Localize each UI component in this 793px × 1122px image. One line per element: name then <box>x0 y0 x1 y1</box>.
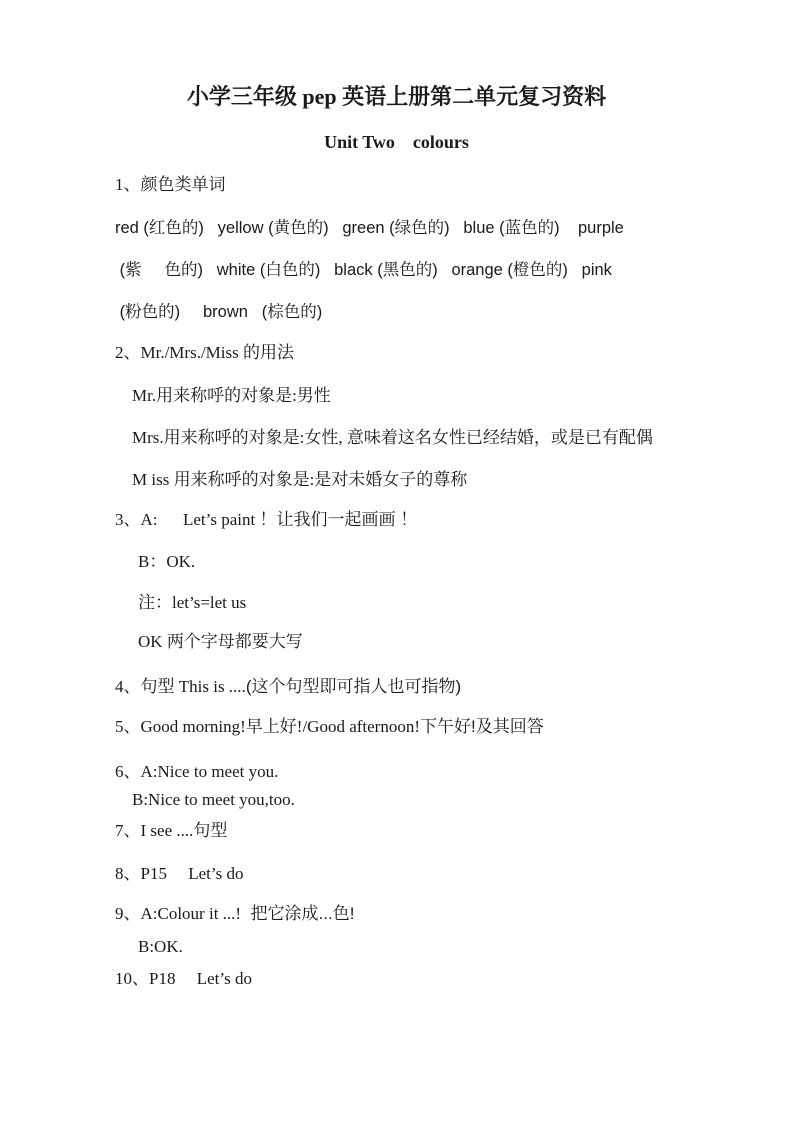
dialog6-a-line: 6、A:Nice to meet you. <box>115 761 690 783</box>
dialog9-a-english: 9、A:Colour it ...! <box>115 904 241 923</box>
dialog6-b-line: B:Nice to meet you,too. <box>132 789 707 811</box>
note-line: 注：let’s=let us <box>138 592 713 614</box>
p15-lets-do-line: 8、P15 Let’s do <box>115 863 690 885</box>
pattern7-english: 7、I see .... <box>115 821 193 840</box>
i-see-pattern-line: 7、I see ....句型 <box>115 820 690 842</box>
pattern4-english: 4、句型 This is .... <box>115 677 246 696</box>
mr-usage-line: Mr.用来称呼的对象是:男性 <box>132 385 707 407</box>
p18-lets-do-line: 10、P18 Let’s do <box>115 968 690 990</box>
dialog3-a-english: 3、A: Let’s paint ！ <box>115 510 276 529</box>
document-page: 小学三年级 pep 英语上册第二单元复习资料 Unit Two colours … <box>0 0 793 1122</box>
pattern4-chinese: (这个句型即可指人也可指物) <box>246 677 461 696</box>
dialog3-a-line: 3、A: Let’s paint ！让我们一起画画 ！ <box>115 509 690 531</box>
mrs-usage-line: Mrs.用来称呼的对象是:女性, 意味着这名女性已经结婚，或是已有配偶 <box>132 427 707 449</box>
section2-heading: 2、Mr./Mrs./Miss 的用法 <box>115 342 690 364</box>
sentence-pattern-this-is-line: 4、句型 This is ....(这个句型即可指人也可指物) <box>115 676 690 698</box>
note-text: let’s=let us <box>172 593 246 612</box>
dialog3-b-line: B：OK. <box>138 551 713 573</box>
ok-capital-note-line: OK 两个字母都要大写 <box>138 631 713 653</box>
section1-heading: 1、颜色类单词 <box>115 174 690 196</box>
color-words-line-1: red (红色的) yellow (黄色的) green (绿色的) blue … <box>115 217 690 239</box>
greetings-part2: 下午好!及其回答 <box>420 717 544 736</box>
unit-title: Unit Two colours <box>0 131 793 153</box>
doc-title: 小学三年级 pep 英语上册第二单元复习资料 <box>0 84 793 110</box>
dialog9-b-line: B:OK. <box>138 936 713 958</box>
pattern7-chinese: 句型 <box>193 821 227 840</box>
note-label: 注： <box>138 593 172 612</box>
miss-usage-line: M iss 用来称呼的对象是:是对未婚女子的尊称 <box>132 469 707 491</box>
dialog9-a-chinese: 把它涂成...色! <box>241 904 354 923</box>
dialog3-a-chinese: 让我们一起画画 ！ <box>276 510 417 529</box>
color-words-line-2: (紫 色的) white (白色的) black (黑色的) orange (橙… <box>115 259 690 281</box>
ok-note-english: OK <box>138 632 167 651</box>
color-words-line-3: (粉色的) brown (棕色的) <box>115 301 690 323</box>
greetings-part1: 5、Good morning!早上好!/Good afternoon! <box>115 717 420 736</box>
ok-note-chinese: 两个字母都要大写 <box>167 632 303 651</box>
greetings-line: 5、Good morning!早上好!/Good afternoon!下午好!及… <box>115 716 690 738</box>
dialog9-a-line: 9、A:Colour it ...! 把它涂成...色! <box>115 903 690 925</box>
